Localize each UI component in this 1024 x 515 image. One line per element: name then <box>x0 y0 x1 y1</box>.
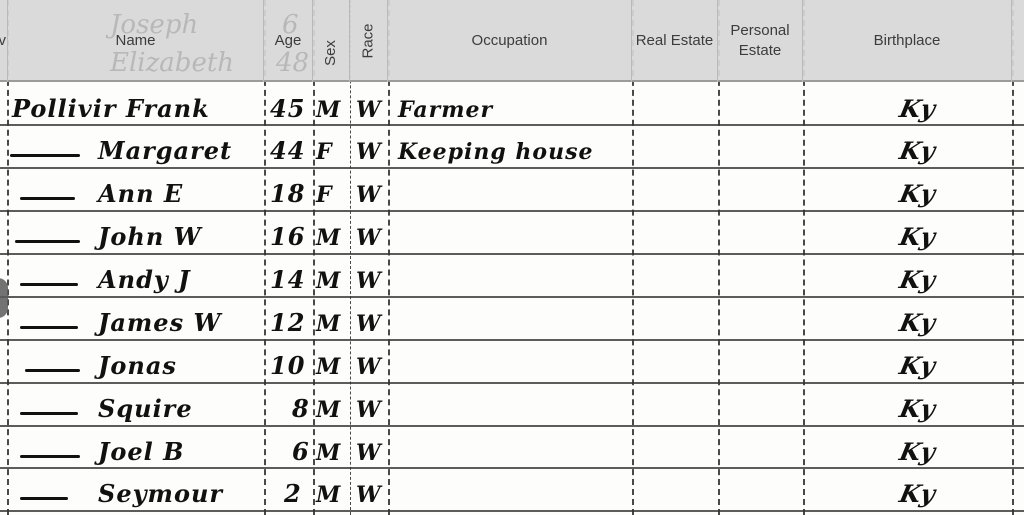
record-name: John W <box>98 222 202 251</box>
header-occupation[interactable]: Occupation <box>388 0 632 82</box>
ditto-dash <box>20 497 68 500</box>
header-sex-label: Sex <box>321 40 341 66</box>
record-race: W <box>356 268 382 294</box>
ditto-dash <box>20 412 78 415</box>
header-next-column[interactable] <box>1012 0 1024 82</box>
record-birthplace: Ky <box>897 94 939 123</box>
ditto-dash <box>15 240 80 243</box>
record-row: Joel B 6 M W Ky <box>0 425 1024 468</box>
record-race: W <box>356 182 382 208</box>
record-race: W <box>356 97 382 123</box>
record-sex: M <box>316 311 341 337</box>
record-birthplace: Ky <box>897 222 939 251</box>
header-occupation-label: Occupation <box>472 31 548 51</box>
record-sex: M <box>316 440 341 466</box>
record-sex: M <box>316 225 341 251</box>
record-age: 18 <box>270 179 305 208</box>
record-birthplace: Ky <box>897 437 939 466</box>
side-scroll-handle[interactable] <box>0 278 8 318</box>
record-age: 14 <box>270 265 305 294</box>
record-race: W <box>356 354 382 380</box>
header-real-estate-label: Real Estate <box>636 31 714 51</box>
header-race[interactable]: Race <box>350 0 388 82</box>
record-name: Seymour <box>98 479 223 508</box>
record-row: Pollivir Frank 45 M W Farmer Ky <box>0 82 1024 125</box>
record-age: 44 <box>270 136 305 165</box>
record-sex: M <box>316 97 341 123</box>
record-race: W <box>356 440 382 466</box>
record-age: 6 <box>292 437 310 466</box>
header-birthplace-label: Birthplace <box>874 31 941 51</box>
record-race: W <box>356 139 382 165</box>
record-row: Ann E 18 F W Ky <box>0 167 1024 210</box>
record-sex: M <box>316 354 341 380</box>
record-name: Margaret <box>98 136 232 165</box>
header-personal-estate[interactable]: Personal Estate <box>718 0 803 82</box>
record-sex: M <box>316 482 341 508</box>
ditto-dash <box>25 369 80 372</box>
record-name: Andy J <box>98 265 191 294</box>
header-age-label: Age <box>275 31 302 51</box>
header-race-label: Race <box>359 23 379 58</box>
record-birthplace: Ky <box>897 351 939 380</box>
header-personal-estate-label-line1: Personal <box>730 21 789 41</box>
record-name: James W <box>98 308 221 337</box>
record-birthplace: Ky <box>897 265 939 294</box>
record-birthplace: Ky <box>897 136 939 165</box>
record-name: Jonas <box>98 351 177 380</box>
header-partial-column[interactable]: v <box>0 0 8 82</box>
header-name-label: Name <box>115 31 155 51</box>
record-row: Jonas 10 M W Ky <box>0 339 1024 382</box>
record-name: Squire <box>98 394 193 423</box>
record-sex: F <box>316 139 333 165</box>
record-name: Ann E <box>98 179 183 208</box>
record-age: 45 <box>270 94 305 123</box>
ditto-dash <box>20 326 78 329</box>
header-birthplace[interactable]: Birthplace <box>803 0 1012 82</box>
record-race: W <box>356 225 382 251</box>
record-name: Joel B <box>98 437 184 466</box>
record-sex: M <box>316 268 341 294</box>
record-race: W <box>356 311 382 337</box>
record-birthplace: Ky <box>897 479 939 508</box>
record-birthplace: Ky <box>897 179 939 208</box>
header-name[interactable]: Name <box>8 0 264 82</box>
record-birthplace: Ky <box>897 308 939 337</box>
record-row: Squire 8 M W Ky <box>0 382 1024 425</box>
record-occupation: Farmer <box>398 97 493 123</box>
record-row: Andy J 14 M W Ky <box>0 253 1024 296</box>
record-sex: M <box>316 397 341 423</box>
ditto-dash <box>20 197 75 200</box>
header-partial-label: v <box>0 31 6 51</box>
record-name: Pollivir Frank <box>12 94 210 123</box>
record-row: John W 16 M W Ky <box>0 210 1024 253</box>
ditto-dash <box>20 283 78 286</box>
record-occupation: Keeping house <box>398 139 593 165</box>
record-race: W <box>356 397 382 423</box>
ditto-dash <box>10 154 80 157</box>
record-row: James W 12 M W Ky <box>0 296 1024 339</box>
record-row: Seymour 2 M W Ky <box>0 467 1024 510</box>
column-header-bar: Joseph 6 Elizabeth 48 v Name Age Sex Rac… <box>0 0 1024 82</box>
header-real-estate[interactable]: Real Estate <box>632 0 718 82</box>
record-age: 8 <box>292 394 310 423</box>
record-age: 10 <box>270 351 305 380</box>
header-age[interactable]: Age <box>264 0 313 82</box>
record-sex: F <box>316 182 333 208</box>
record-age: 12 <box>270 308 305 337</box>
record-race: W <box>356 482 382 508</box>
header-sex[interactable]: Sex <box>313 0 350 82</box>
record-age: 2 <box>284 479 302 508</box>
record-age: 16 <box>270 222 305 251</box>
header-personal-estate-label-line2: Estate <box>739 41 782 61</box>
ditto-dash <box>20 455 80 458</box>
record-birthplace: Ky <box>897 394 939 423</box>
row-rule <box>0 510 1024 512</box>
record-row: Margaret 44 F W Keeping house Ky <box>0 124 1024 167</box>
